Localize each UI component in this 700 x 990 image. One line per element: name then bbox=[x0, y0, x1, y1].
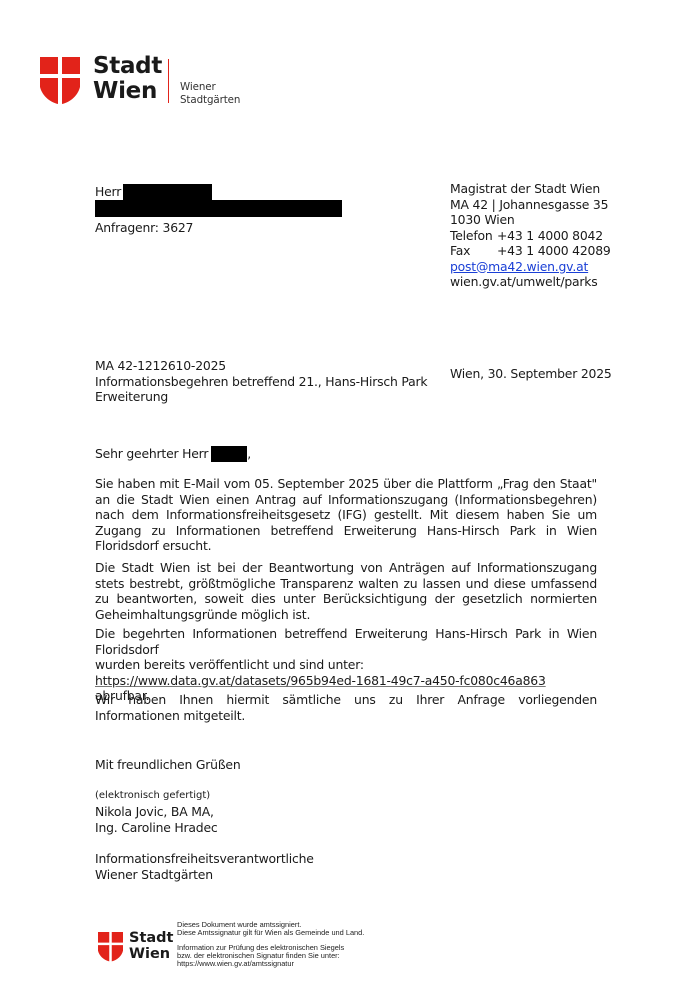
dataset-link[interactable]: https://www.data.gv.at/datasets/965b94ed… bbox=[95, 673, 546, 688]
sender-org: Magistrat der Stadt Wien bbox=[450, 181, 650, 197]
paragraph-request: Sie haben mit E-Mail vom 05. September 2… bbox=[95, 476, 597, 554]
paragraph-transparency: Die Stadt Wien ist bei der Beantwortung … bbox=[95, 560, 597, 622]
signer-role: Informationsfreiheitsverantwortliche bbox=[95, 851, 314, 867]
sender-fax: Fax+43 1 4000 42089 bbox=[450, 243, 650, 259]
reference-block: MA 42-1212610-2025 Informationsbegehren … bbox=[95, 358, 455, 405]
redacted-address bbox=[95, 200, 342, 217]
sender-block: Magistrat der Stadt Wien MA 42 | Johanne… bbox=[450, 181, 650, 290]
signers: Nikola Jovic, BA MA, Ing. Caroline Hrade… bbox=[95, 804, 218, 835]
logo-wordmark: Stadt Wien bbox=[93, 54, 162, 104]
sender-website: wien.gv.at/umwelt/parks bbox=[450, 274, 650, 290]
subject-line-1: Informationsbegehren betreffend 21., Han… bbox=[95, 374, 455, 390]
footer-signature-url: https://www.wien.gv.at/amtssignatur bbox=[177, 960, 344, 968]
signer-unit: Wiener Stadtgärten bbox=[95, 867, 314, 883]
recipient-block: Herr Anfragenr: 3627 bbox=[95, 183, 355, 235]
greeting: Sehr geehrter Herr , bbox=[95, 445, 251, 462]
footer-wordmark: Stadt Wien bbox=[129, 930, 173, 962]
sender-phone: Telefon+43 1 4000 8042 bbox=[450, 228, 650, 244]
vienna-shield-icon bbox=[98, 932, 123, 962]
regards: Mit freundlichen Grüßen bbox=[95, 757, 241, 773]
redacted-name bbox=[123, 184, 212, 200]
signer-2: Ing. Caroline Hradec bbox=[95, 820, 218, 836]
sender-address: MA 42 | Johannesgasse 35 bbox=[450, 197, 650, 213]
sender-city: 1030 Wien bbox=[450, 212, 650, 228]
request-number: Anfragenr: 3627 bbox=[95, 220, 355, 236]
place-date: Wien, 30. September 2025 bbox=[450, 366, 612, 382]
sender-email-link[interactable]: post@ma42.wien.gv.at bbox=[450, 259, 588, 274]
vienna-shield-icon bbox=[40, 57, 80, 105]
paragraph-conclusion: Wir haben Ihnen hiermit sämtliche uns zu… bbox=[95, 692, 597, 723]
signer-1: Nikola Jovic, BA MA, bbox=[95, 804, 218, 820]
recipient-salutation: Herr bbox=[95, 184, 121, 200]
logo-department: Wiener Stadtgärten bbox=[180, 81, 240, 107]
signed-note: (elektronisch gefertigt) bbox=[95, 789, 210, 802]
redacted-greeting-name bbox=[211, 446, 247, 462]
logo-divider bbox=[168, 59, 169, 103]
footer-verification-note: Information zur Prüfung des elektronisch… bbox=[177, 944, 344, 968]
file-number: MA 42-1212610-2025 bbox=[95, 358, 455, 374]
subject-line-2: Erweiterung bbox=[95, 389, 455, 405]
footer-signature-note: Dieses Dokument wurde amtssigniert. Dies… bbox=[177, 921, 364, 937]
signer-role-block: Informationsfreiheitsverantwortliche Wie… bbox=[95, 851, 314, 882]
